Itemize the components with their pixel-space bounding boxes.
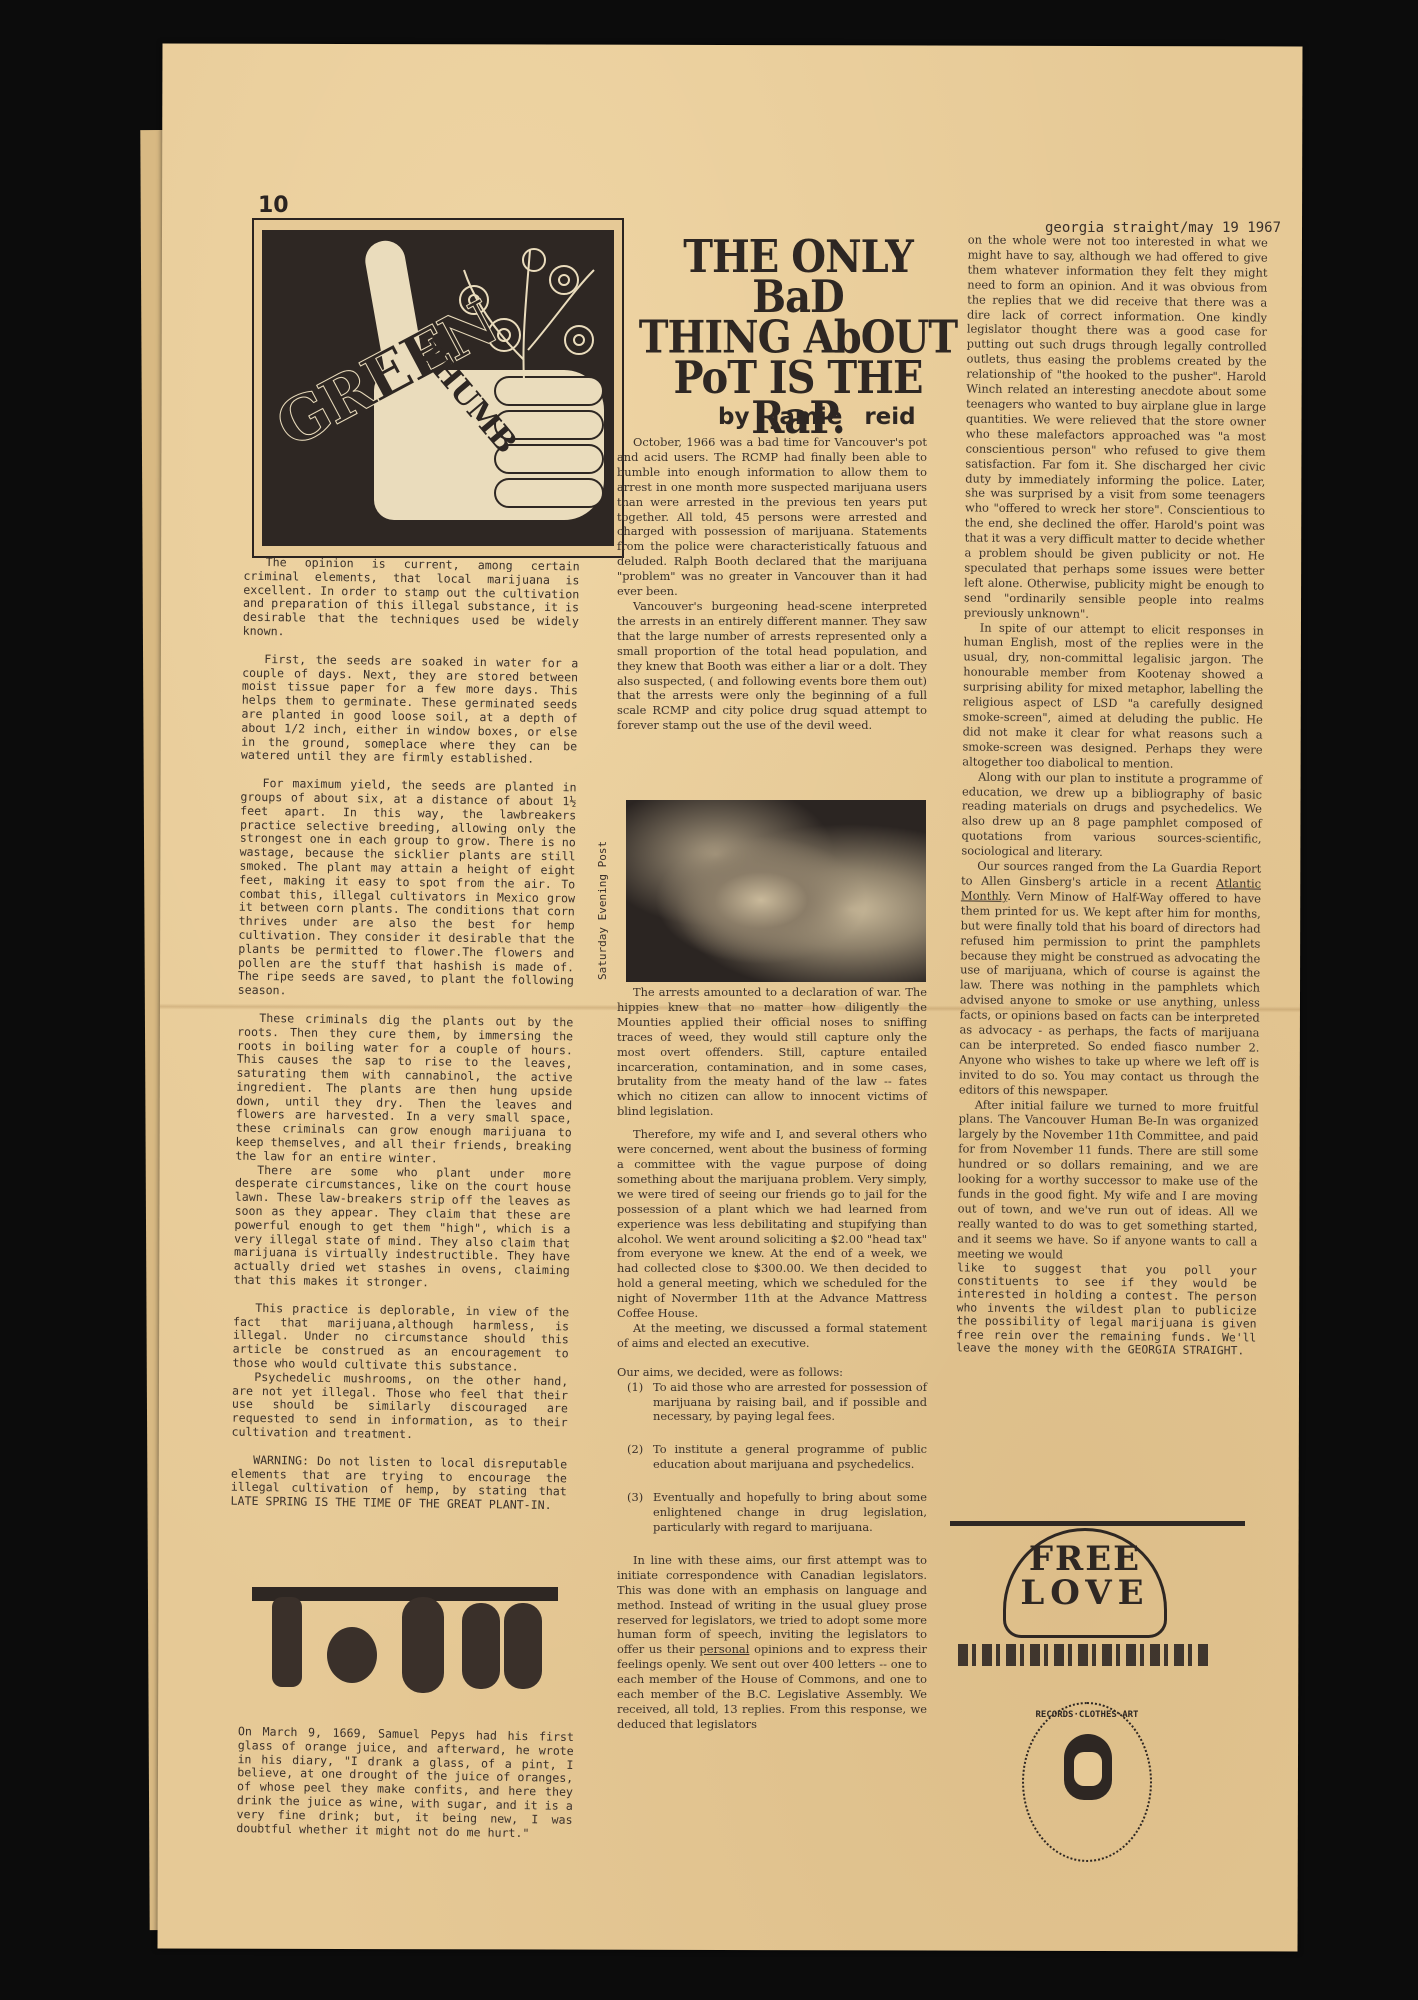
paragraph: Along with our plan to institute a progr… <box>961 769 1262 862</box>
paragraph: October, 1966 was a bad time for Vancouv… <box>617 435 927 599</box>
humpty-dumpty-figure <box>327 1627 377 1683</box>
paragraph: In spite of our attempt to elicit respon… <box>962 620 1264 772</box>
page-number: 10 <box>258 193 289 218</box>
main-article-column-1-continued: The arrests amounted to a declaration of… <box>617 985 927 1732</box>
records-ad-label: RECORDS·CLOTHES·ART <box>1024 1710 1150 1720</box>
photo-credit: Saturday Evening Post <box>596 841 609 980</box>
aim-item: (2)To institute a general programme of p… <box>617 1442 927 1472</box>
tweedledum-figure <box>462 1603 500 1689</box>
aim-item: (3)Eventually and hopefully to bring abo… <box>617 1490 927 1535</box>
headline-line: THE ONLY BaD <box>638 237 958 318</box>
paragraph: After initial failure we turned to more … <box>957 1097 1259 1264</box>
byline: by jamie reid <box>718 404 916 430</box>
main-article-column-1: October, 1966 was a bad time for Vancouv… <box>617 435 927 733</box>
mad-hatter-figure <box>272 1597 302 1687</box>
paragraph: There are some who plant under more desp… <box>234 1163 572 1292</box>
column-divider-rule <box>950 1521 1245 1526</box>
paragraph: Therefore, my wife and I, and several ot… <box>617 1127 927 1321</box>
paragraph: on the whole were not too interested in … <box>964 232 1268 623</box>
aim-number: (3) <box>627 1490 643 1505</box>
hands-rolling-joint-photo <box>626 800 926 982</box>
main-article-column-2: on the whole were not too interested in … <box>956 232 1268 1357</box>
text-span: In line with these aims, our first attem… <box>617 1553 927 1656</box>
records-clothes-art-ad: RECORDS·CLOTHES·ART <box>1022 1702 1152 1862</box>
paragraph: The arrests amounted to a declaration of… <box>617 985 927 1119</box>
warning-paragraph: WARNING: Do not listen to local disreput… <box>230 1453 567 1513</box>
paragraph: For maximum yield, the seeds are planted… <box>238 777 577 1002</box>
aim-text: To institute a general programme of publ… <box>653 1442 927 1471</box>
pepys-paragraph: On March 9, 1669, Samuel Pepys had his f… <box>236 1725 574 1841</box>
paragraph: Psychedelic mushrooms, on the other hand… <box>231 1370 568 1444</box>
smoking-man-face-icon <box>1064 1734 1112 1800</box>
aim-text: Eventually and hopefully to bring about … <box>653 1490 927 1534</box>
aim-item: (1)To aid those who are arrested for pos… <box>617 1380 927 1425</box>
paragraph: This practice is deplorable, in view of … <box>232 1301 569 1375</box>
tweedledee-figure <box>504 1603 542 1689</box>
aims-intro: Our aims, we decided, were as follows: <box>617 1365 927 1380</box>
paragraph: In line with these aims, our first attem… <box>617 1553 927 1732</box>
mock-turtle-figure <box>402 1597 444 1693</box>
paragraph: These criminals dig the plants out by th… <box>235 1012 573 1168</box>
free-love-line2: LOVE <box>1006 1573 1164 1613</box>
free-love-caption-decorative <box>958 1644 1208 1666</box>
aim-number: (2) <box>627 1442 643 1457</box>
underlined-word: personal <box>699 1642 749 1656</box>
aims-list: (1)To aid those who are arrested for pos… <box>617 1380 927 1535</box>
paragraph: Our sources ranged from the La Guardia R… <box>959 858 1261 1100</box>
paragraph: Vancouver's burgeoning head-scene interp… <box>617 599 927 733</box>
green-thumb-illustration: GREEN THUMB <box>252 218 624 558</box>
typed-ending-paragraph: like to suggest that you poll your const… <box>956 1261 1257 1358</box>
finger <box>494 478 604 508</box>
pepys-item: On March 9, 1669, Samuel Pepys had his f… <box>236 1725 574 1855</box>
green-thumb-article: The opinion is current, among certain cr… <box>230 556 579 1528</box>
free-love-ad: FREE LOVE <box>1003 1528 1167 1638</box>
text-span: . Vern Minow of Half-Way offered to have… <box>959 889 1261 1098</box>
aim-number: (1) <box>627 1380 643 1395</box>
finger <box>494 376 604 406</box>
aim-text: To aid those who are arrested for posses… <box>653 1380 927 1424</box>
paragraph: The opinion is current, among certain cr… <box>243 556 580 643</box>
paragraph: At the meeting, we discussed a formal st… <box>617 1321 927 1351</box>
alice-in-wonderland-illustration <box>252 1587 558 1699</box>
paragraph: First, the seeds are soaked in water for… <box>241 652 579 767</box>
